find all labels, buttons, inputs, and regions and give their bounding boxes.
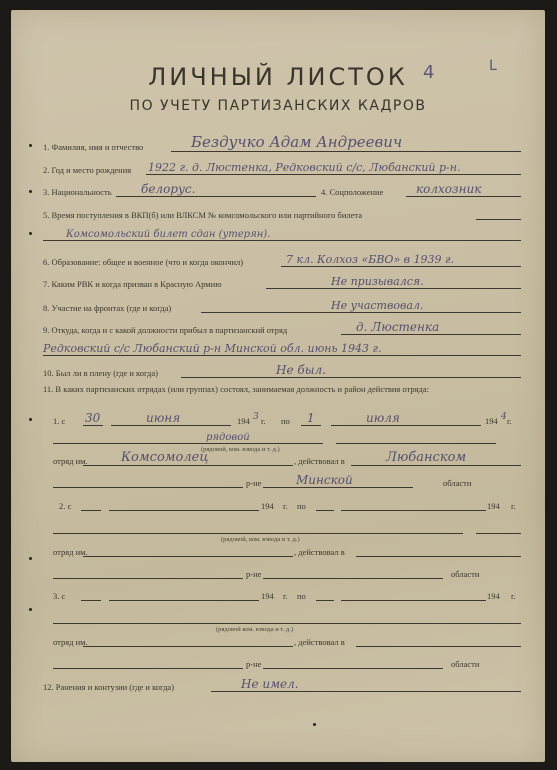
punch-hole bbox=[29, 232, 32, 235]
captivity-value: Не был. bbox=[276, 363, 326, 377]
punch-hole bbox=[29, 418, 32, 421]
arrival-value-1: д. Люстенка bbox=[356, 320, 439, 334]
wounds-value: Не имел. bbox=[241, 677, 299, 691]
document-title: ЛИЧНЫЙ ЛИСТОК bbox=[11, 63, 545, 91]
unit-1-dates: 1. с 30 июня 194 3 г. по 1 июля 194 4 г. bbox=[11, 410, 545, 428]
field-nationality: 3. Национальность белорус. 4. Соцположен… bbox=[11, 181, 545, 199]
education-value: 7 кл. Колхоз «БВО» в 1939 г. bbox=[286, 253, 454, 266]
field-education: 6. Образование: общее и военное (что и к… bbox=[11, 251, 545, 269]
party-card-value: Комсомольский билет сдан (утерян). bbox=[66, 229, 270, 240]
conscription-value: Не призывался. bbox=[331, 275, 424, 288]
personal-record-sheet: ЛИЧНЫЙ ЛИСТОК 4 ᒪ ПО УЧЕТУ ПАРТИЗАНСКИХ … bbox=[11, 10, 545, 762]
unit-1-detachment: отряд им. Комсомолец , действовал в Люба… bbox=[11, 450, 545, 468]
document-subtitle: ПО УЧЕТУ ПАРТИЗАНСКИХ КАДРОВ bbox=[11, 98, 545, 114]
full-name-value: Бездучко Адам Андреевич bbox=[191, 133, 402, 151]
unit-2-area: р-не области bbox=[11, 563, 545, 581]
field-birth: 2. Год и место рождения 1922 г. д. Люсте… bbox=[11, 159, 545, 177]
unit-3-detachment: отряд им. , действовал в bbox=[11, 631, 545, 649]
field-arrival: 9. Откуда, когда и с какой должности при… bbox=[11, 319, 545, 337]
unit-3-area: р-не области bbox=[11, 653, 545, 671]
social-status-value: колхозник bbox=[416, 182, 481, 196]
field-fronts: 8. Участие на фронтах (где и когда) Не у… bbox=[11, 297, 545, 315]
field-conscription: 7. Каким РВК и когда призван в Красную А… bbox=[11, 273, 545, 291]
punch-hole bbox=[29, 190, 32, 193]
unit-1-area: р-не Минской области bbox=[11, 472, 545, 490]
handwritten-mark-check: ᒪ bbox=[489, 58, 497, 74]
birth-value: 1922 г. д. Люстенка, Редковский с/с, Люб… bbox=[148, 161, 461, 174]
arrival-value-2: Редковский с/с Любанский р-н Минской обл… bbox=[43, 342, 382, 355]
field-full-name: 1. Фамилия, имя и отчество Бездучко Адам… bbox=[11, 136, 545, 154]
unit-2-detachment: отряд им. , действовал в bbox=[11, 541, 545, 559]
punch-hole bbox=[29, 144, 32, 147]
punch-hole bbox=[29, 608, 32, 611]
unit-3-dates: 3. с 194 г. по 194 г. bbox=[11, 585, 545, 603]
field-detachments: 11. В каких партизанских отрядах (или гр… bbox=[11, 380, 545, 410]
field-party: 5. Время поступления в ВКП(б) или ВЛКСМ … bbox=[11, 204, 545, 222]
punch-hole bbox=[29, 557, 32, 560]
unit-2-position: (рядовой, ком. взвода и т. д.) bbox=[11, 518, 545, 536]
unit-2-dates: 2. с 194 г. по 194 г. bbox=[11, 495, 545, 513]
unit-3-position: (рядовой ком. взвода и т. д.) bbox=[11, 608, 545, 626]
field-wounds: 12. Ранения и контузии (где и когда) Не … bbox=[11, 676, 545, 694]
field-captivity: 10. Был ли в плену (где и когда) Не был. bbox=[11, 362, 545, 380]
fronts-value: Не участвовал. bbox=[331, 299, 423, 312]
nationality-value: белорус. bbox=[141, 182, 195, 196]
unit-1-position: рядовой (рядовой, ком. взвода и т. д.) bbox=[11, 428, 545, 446]
handwritten-mark-number: 4 bbox=[423, 62, 434, 83]
ink-spot bbox=[313, 723, 316, 726]
